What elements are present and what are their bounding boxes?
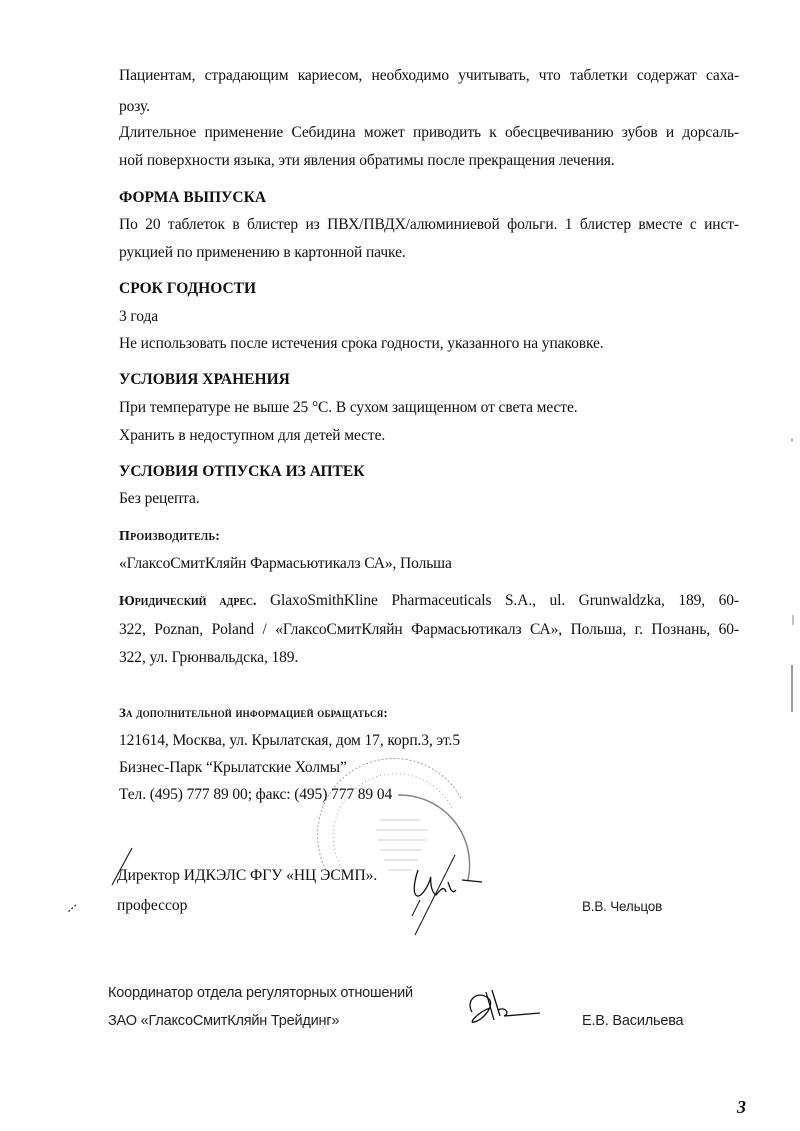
legal-address-line2: 322, Poznan, Poland / «ГлаксоСмитКляйн Ф…: [119, 620, 739, 640]
intro-p2-line2: ной поверхности языка, эти явления обрат…: [119, 151, 615, 171]
intro-p1-line1: Пациентам, страдающим кариесом, необходи…: [119, 66, 739, 86]
dispensing-line1: Без рецепта.: [119, 489, 200, 509]
shelf-life-line2: Не использовать после истечения срока го…: [119, 334, 604, 354]
release-form-line1: По 20 таблеток в блистер из ПВХ/ПВДХ/алю…: [119, 215, 739, 235]
signatory-2-title-line1: Координатор отдела регуляторных отношени…: [108, 983, 413, 1003]
legal-address-line3: 322, ул. Грюнвальдска, 189.: [119, 648, 298, 668]
section-heading-shelf-life: СРОК ГОДНОСТИ: [119, 279, 256, 299]
signatory-1-name: В.В. Чельцов: [582, 897, 662, 917]
signature-coordinator-icon: [470, 990, 540, 1022]
intro-p1-line2: розу.: [119, 97, 150, 117]
document-page: Пациентам, страдающим кариесом, необходи…: [0, 0, 800, 1131]
intro-p2-line1: Длительное применение Себидина может при…: [119, 123, 739, 143]
manufacturer-line1: «ГлаксоСмитКляйн Фармасьютикалз СА», Пол…: [119, 554, 452, 574]
shelf-life-line1: 3 года: [119, 307, 158, 327]
page-number: 3: [737, 1097, 746, 1118]
contact-line1: 121614, Москва, ул. Крылатская, дом 17, …: [119, 731, 460, 751]
section-heading-dispensing: УСЛОВИЯ ОТПУСКА ИЗ АПТЕК: [119, 462, 364, 482]
contact-line2: Бизнес-Парк “Крылатские Холмы”: [119, 758, 347, 778]
section-heading-manufacturer: Производитель:: [119, 527, 220, 547]
section-heading-contact: За дополнительной информацией обращаться…: [119, 703, 388, 723]
storage-line1: При температуре не выше 25 °С. В сухом з…: [119, 398, 578, 418]
legal-address-label: Юридический адрес.: [119, 594, 256, 609]
signatory-1-title-line2: профессор: [117, 896, 187, 916]
release-form-line2: рукцией по применению в картонной пачке.: [119, 243, 406, 263]
signature-director-icon: [412, 855, 482, 935]
storage-line2: Хранить в недоступном для детей месте.: [119, 426, 385, 446]
legal-address-line1: Юридический адрес. GlaxoSmithKline Pharm…: [119, 591, 739, 612]
legal-address-line1-text: GlaxoSmithKline Pharmaceuticals S.A., ul…: [256, 592, 739, 609]
signatory-2-name: Е.В. Васильева: [582, 1011, 683, 1031]
section-heading-storage: УСЛОВИЯ ХРАНЕНИЯ: [119, 370, 290, 390]
signatory-1-title-line1: Директор ИДКЭЛС ФГУ «НЦ ЭСМП».: [117, 866, 377, 886]
right-edge-scan-marks-icon: [792, 438, 793, 712]
section-heading-release-form: ФОРМА ВЫПУСКА: [119, 188, 266, 208]
contact-line3: Тел. (495) 777 89 00; факс: (495) 777 89…: [119, 785, 392, 805]
signatory-2-title-line2: ЗАО «ГлаксоСмитКляйн Трейдинг»: [108, 1011, 339, 1031]
